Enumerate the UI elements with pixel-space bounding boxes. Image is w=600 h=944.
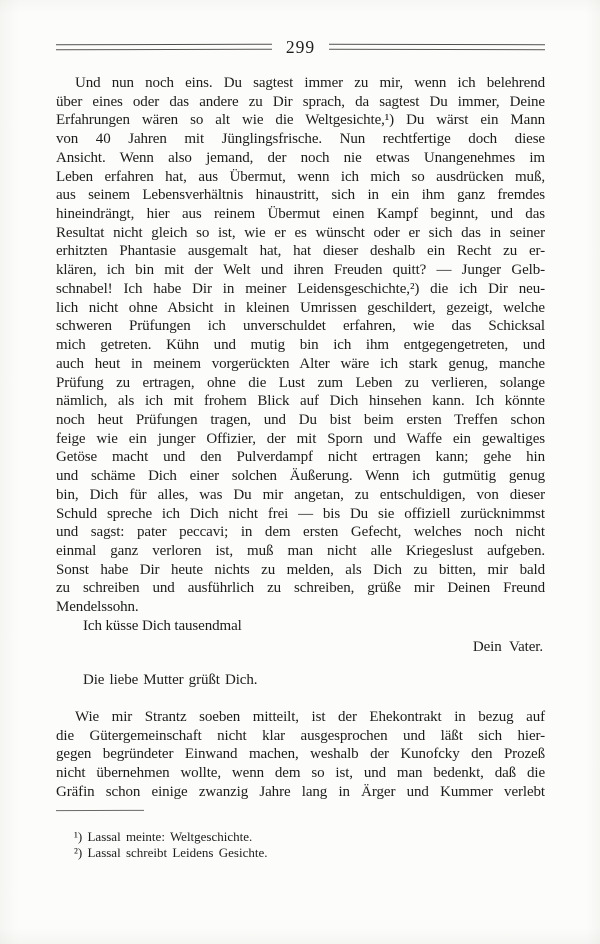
- letter-paragraph-1: Und nun noch eins. Du sagtest immer zu m…: [56, 74, 545, 617]
- text-line: auch heut in meinem vorgerückten Alter w…: [56, 355, 545, 374]
- text-line: und sagst: pater peccavi; in dem ersten …: [56, 523, 545, 542]
- text-line: lich nicht ohne Absicht in kleinen Umris…: [56, 299, 545, 318]
- text-line: noch heut Prüfungen tragen, und Du bist …: [56, 411, 545, 430]
- text-line: Und nun noch eins. Du sagtest immer zu m…: [56, 74, 545, 93]
- text-line: schweren Prüfungen ich unverschuldet erf…: [56, 317, 545, 336]
- text-line: die Gütergemeinschaft nicht klar ausgesp…: [56, 727, 545, 746]
- scanned-book-page: 299 Und nun noch eins. Du sagtest immer …: [0, 0, 600, 944]
- header-rule-right: [329, 44, 545, 50]
- header-rule-left: [56, 44, 272, 50]
- page-number: 299: [272, 37, 329, 57]
- text-line: ¹) Lassal meinte: Weltgeschichte.: [74, 829, 545, 845]
- text-line: mich getreten. Kühn und mutig bin ich ih…: [56, 336, 545, 355]
- text-line: Resultat nicht gleich so ist, wie er es …: [56, 224, 545, 243]
- letter-closing: Ich küsse Dich tausendmal: [56, 617, 545, 636]
- text-line: Getöse macht und den Pulverdampf nicht e…: [56, 448, 545, 467]
- footnote-separator-rule: [56, 810, 144, 811]
- text-line: zu schreiben und ausführlich zu schreibe…: [56, 579, 545, 598]
- footnote-area: ¹) Lassal meinte: Weltgeschichte.²) Lass…: [56, 810, 545, 861]
- text-line: nämlich, als ich mit frohem Blick auf Di…: [56, 392, 545, 411]
- text-line: bin, Dich für alles, was Du mir angetan,…: [56, 486, 545, 505]
- letter-signature: Dein Vater.: [56, 638, 545, 657]
- footnote-list: ¹) Lassal meinte: Weltgeschichte.²) Lass…: [56, 829, 545, 861]
- text-line: feige wie ein junger Offizier, der mit S…: [56, 430, 545, 449]
- text-line: Mendelssohn.: [56, 598, 545, 617]
- text-line: nicht übernehmen wollte, wenn dem so ist…: [56, 764, 545, 783]
- text-line: und schäme Dich einer solchen Äußerung. …: [56, 467, 545, 486]
- text-line: Sonst habe Dir heute nichts zu melden, a…: [56, 561, 545, 580]
- text-line: ²) Lassal schreibt Leidens Gesichte.: [74, 845, 545, 861]
- text-line: Gräfin schon einige zwanzig Jahre lang i…: [56, 783, 545, 802]
- postscript-greeting: Die liebe Mutter grüßt Dich.: [56, 671, 545, 690]
- text-line: einmal ganz verloren ist, muß man nicht …: [56, 542, 545, 561]
- running-head: 299: [56, 37, 545, 57]
- text-line: über eines oder das andere zu Dir sprach…: [56, 93, 545, 112]
- text-line: gegen begründeter Einwand machen, weshal…: [56, 745, 545, 764]
- text-line: Schuld spreche ich Dich nicht frei — bis…: [56, 505, 545, 524]
- text-line: Erfahrungen wären so alt wie die Weltges…: [56, 111, 545, 130]
- text-line: von 40 Jahren mit Jünglingsfrische. Nun …: [56, 130, 545, 149]
- text-line: Prüfung zu ertragen, ohne die Lust zum L…: [56, 374, 545, 393]
- text-line: Ansicht. Wenn also jemand, der noch nie …: [56, 149, 545, 168]
- letter-paragraph-2: Wie mir Strantz soeben mitteilt, ist der…: [56, 708, 545, 802]
- letter-body: Und nun noch eins. Du sagtest immer zu m…: [56, 74, 545, 802]
- text-line: klären, ich bin mit der Welt und ihren F…: [56, 261, 545, 280]
- text-line: hineindrängt, hier aus reinem Übermut ei…: [56, 205, 545, 224]
- text-line: Leben erfahren hat, aus Übermut, wenn ic…: [56, 168, 545, 187]
- text-line: schnabel! Ich habe Dir in meiner Leidens…: [56, 280, 545, 299]
- text-line: Wie mir Strantz soeben mitteilt, ist der…: [56, 708, 545, 727]
- text-line: erhitzten Phantasie ausgemalt hat, hat d…: [56, 242, 545, 261]
- text-line: aus seinem Lebensverhältnis hinaustritt,…: [56, 186, 545, 205]
